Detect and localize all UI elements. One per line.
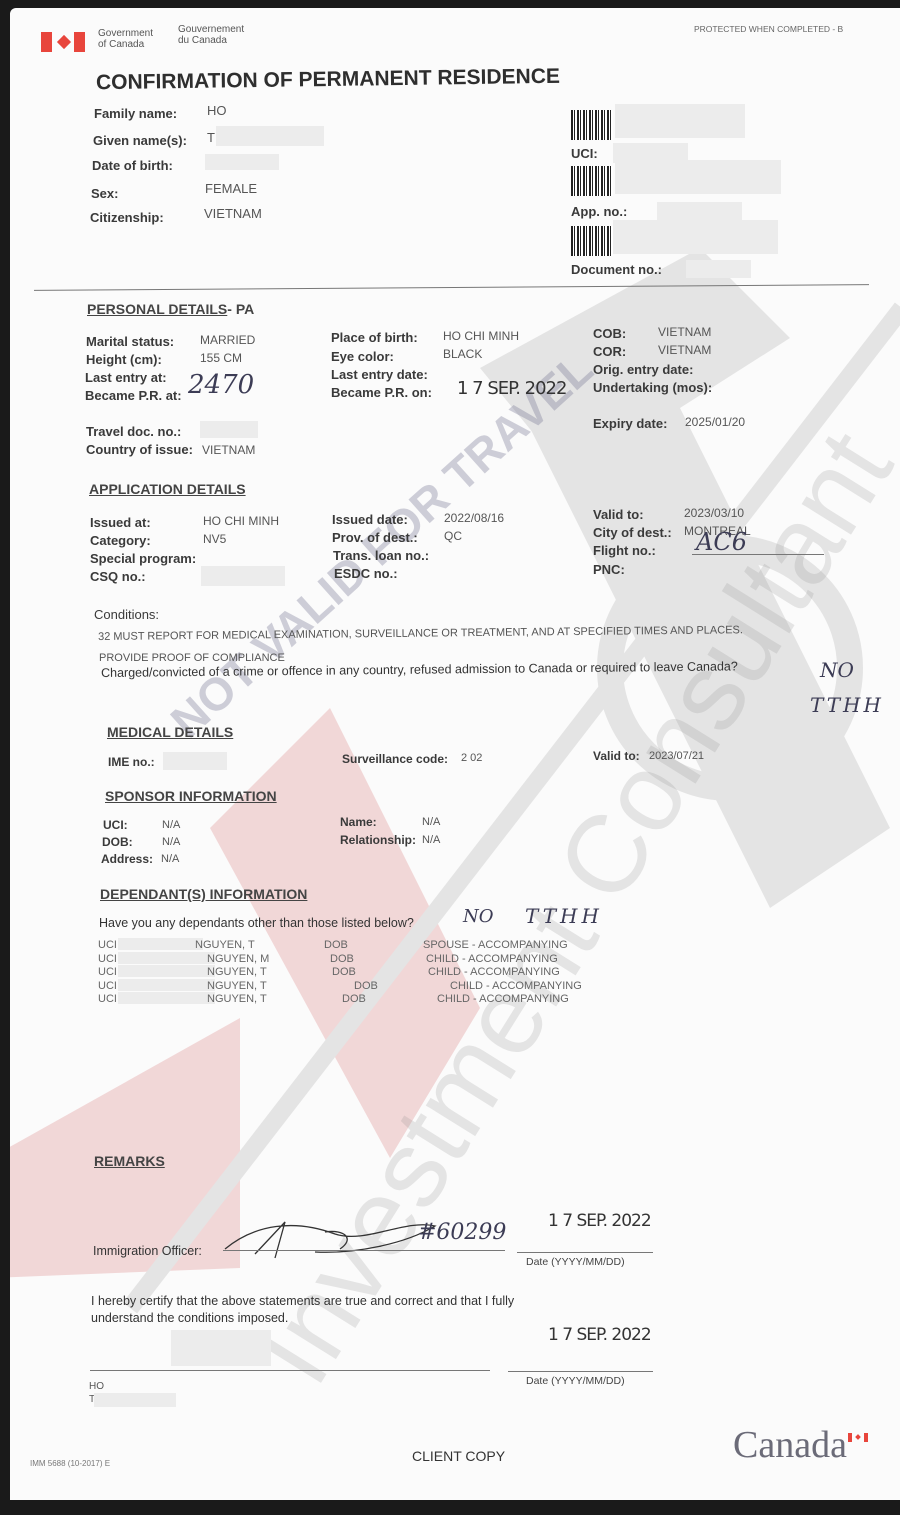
gov-en: Governmentof Canada [98,28,153,50]
height-label: Height (cm): [86,352,162,367]
sex-value: FEMALE [205,181,257,196]
header-divider [34,284,869,291]
eye-color-value: BLACK [443,347,482,361]
sponsor-name-label: Name: [340,815,377,829]
dependant-relation: SPOUSE - ACCOMPANYING [423,939,568,951]
app-no-barcode [571,166,613,196]
medical-valid-to-label: Valid to: [593,749,640,763]
dependant-name: NGUYEN, T [195,939,255,951]
sex-label: Sex: [91,186,118,201]
canada-wordmark: Canada [733,1423,847,1467]
orig-entry-date-label: Orig. entry date: [593,362,693,377]
redacted-travel-doc [200,421,258,438]
redacted-doc-barcode [613,220,778,254]
dependant-relation: CHILD - ACCOMPANYING [437,993,569,1005]
uci-label: UCI: [571,146,598,161]
dependant-dob-label: DOB [324,939,348,951]
redacted-dob [205,154,279,170]
undertaking-label: Undertaking (mos): [593,380,712,395]
redacted-ime-no [163,752,227,770]
document-no-barcode [571,226,613,256]
redacted-csq-no [201,566,285,586]
flight-no-label: Flight no.: [593,543,656,558]
city-dest-label: City of dest.: [593,525,672,540]
sponsor-dob-value: N/A [162,836,180,848]
cob-label: COB: [593,326,626,341]
given-names-label: Given name(s): [93,133,187,148]
became-pr-on-label: Became P.R. on: [331,385,432,400]
officer-date-caption: Date (YYYY/MM/DD) [526,1256,625,1268]
charged-answer-handwritten: NO [820,658,854,682]
dependant-uci-label: UCI: [98,966,120,978]
holder-date-caption: Date (YYYY/MM/DD) [526,1375,625,1387]
dependant-name: NGUYEN, T [207,993,267,1005]
travel-doc-label: Travel doc. no.: [86,424,181,439]
client-copy-label: CLIENT COPY [412,1448,505,1464]
medical-valid-to-value: 2023/07/21 [649,750,704,762]
redacted-app-no [657,202,742,222]
cor-label: COR: [593,344,626,359]
surveillance-code-label: Surveillance code: [342,752,448,766]
place-of-birth-value: HO CHI MINH [443,329,519,343]
dependant-uci-label: UCI: [98,939,120,951]
citizenship-value: VIETNAM [204,206,262,221]
document-no-label: Document no.: [571,262,662,277]
dob-label: Date of birth: [92,158,173,173]
citizenship-label: Citizenship: [90,210,164,225]
form-number: IMM 5688 (10-2017) E [30,1459,110,1468]
certify-line-1: I hereby certify that the above statemen… [91,1294,514,1308]
valid-to-value: 2023/03/10 [684,506,744,520]
certify-line-2: understand the conditions imposed. [91,1311,288,1325]
dependant-relation: CHILD - ACCOMPANYING [426,953,558,965]
dependant-name: NGUYEN, T [207,966,267,978]
officer-signature-line [223,1250,505,1251]
expiry-date-label: Expiry date: [593,416,667,431]
became-pr-at-label: Became P.R. at: [85,388,182,403]
last-entry-date-label: Last entry date: [331,367,428,382]
officer-date-line [517,1252,653,1253]
dependant-name: NGUYEN, M [207,953,269,965]
redacted-holder-given [94,1393,176,1407]
trans-loan-label: Trans. loan no.: [333,548,429,563]
dependant-uci-label: UCI: [98,993,120,1005]
marital-status-value: MARRIED [200,333,255,347]
condition-32: 32 MUST REPORT FOR MEDICAL EXAMINATION, … [98,624,743,643]
pr-confirmation-document: NOT VALID FOR TRAVEL Investment Consulta… [10,8,900,1500]
redacted-uci-barcode [615,104,745,138]
redacted-dependant-uci [118,965,215,977]
condition-32-proof: PROVIDE PROOF OF COMPLIANCE [99,652,285,664]
csq-no-label: CSQ no.: [90,569,146,584]
country-of-issue-value: VIETNAM [202,443,255,457]
cob-value: VIETNAM [658,325,711,339]
expiry-date-value: 2025/01/20 [685,415,745,429]
redacted-given-names [216,126,324,146]
immigration-officer-label: Immigration Officer: [93,1244,202,1258]
holder-date-line [508,1371,653,1372]
issued-at-label: Issued at: [90,515,151,530]
dependant-dob-label: DOB [330,953,354,965]
dependants-initials-handwritten: TTHH [525,904,603,928]
sponsor-relationship-label: Relationship: [340,833,416,847]
redacted-dependant-uci [118,979,215,991]
dependant-relation: CHILD - ACCOMPANYING [428,966,560,978]
became-pr-at-handwritten: 2470 [188,370,254,400]
flight-no-handwritten: AC6 [696,528,747,556]
wordmark-flag-icon [848,1433,868,1442]
surveillance-code-value: 2 02 [461,752,482,764]
height-value: 155 CM [200,351,242,365]
dependant-dob-label: DOB [342,993,366,1005]
place-of-birth-label: Place of birth: [331,330,418,345]
dependant-relation: CHILD - ACCOMPANYING [450,980,582,992]
given-names-value: T [207,130,215,145]
special-program-label: Special program: [90,551,196,566]
protected-label: PROTECTED WHEN COMPLETED - B [694,24,843,34]
issued-at-value: HO CHI MINH [203,514,279,528]
family-name-value: HO [207,103,227,118]
category-value: NV5 [203,532,226,546]
dependant-uci-label: UCI: [98,953,120,965]
valid-to-label: Valid to: [593,507,644,522]
medical-details-heading: MEDICAL DETAILS [107,724,233,740]
sponsor-information-heading: SPONSOR INFORMATION [105,788,277,804]
conditions-label: Conditions: [94,607,159,622]
canada-flag-icon [41,32,85,52]
prov-dest-label: Prov. of dest.: [332,530,418,545]
flight-no-underline [692,554,824,555]
sponsor-address-label: Address: [101,852,153,866]
holder-family-name: HO [89,1381,104,1392]
charged-initials-handwritten: TTHH [810,693,884,717]
redacted-dependant-uci [118,992,215,1004]
dependants-question: Have you any dependants other than those… [99,916,414,930]
sponsor-uci-value: N/A [162,819,180,831]
redacted-dependant-uci [118,952,215,964]
redacted-app-barcode [615,160,781,194]
gov-fr: Gouvernementdu Canada [178,24,244,46]
became-pr-on-stamp: 1 7 SEP. 2022 [457,378,566,399]
issued-date-value: 2022/08/16 [444,511,504,525]
sponsor-uci-label: UCI: [103,818,128,832]
application-details-heading: APPLICATION DETAILS [89,481,246,497]
uci-barcode [571,110,613,140]
sponsor-dob-label: DOB: [102,835,133,849]
category-label: Category: [90,533,151,548]
officer-number-handwritten: #60299 [418,1220,506,1245]
officer-date-stamp: 1 7 SEP. 2022 [548,1211,651,1231]
sponsor-address-value: N/A [161,853,179,865]
sponsor-name-value: N/A [422,816,440,828]
redacted-document-no [686,260,751,278]
marital-status-label: Marital status: [86,334,174,349]
redacted-holder-signature [171,1330,271,1366]
dependant-dob-label: DOB [332,966,356,978]
holder-signature-line [90,1370,490,1371]
dependant-dob-label: DOB [354,980,378,992]
prov-dest-value: QC [444,529,462,543]
eye-color-label: Eye color: [331,349,394,364]
issued-date-label: Issued date: [332,512,408,527]
sponsor-relationship-value: N/A [422,834,440,846]
last-entry-at-label: Last entry at: [85,370,167,385]
dependant-uci-label: UCI: [98,980,120,992]
ime-no-label: IME no.: [108,755,155,769]
holder-date-stamp: 1 7 SEP. 2022 [548,1325,651,1345]
app-no-label: App. no.: [571,204,627,219]
pnc-label: PNC: [593,562,625,577]
personal-details-heading: PERSONAL DETAILS - PA [87,301,254,317]
cor-value: VIETNAM [658,343,711,357]
family-name-label: Family name: [94,106,177,121]
dependants-heading: DEPENDANT(S) INFORMATION [100,886,307,902]
document-title: CONFIRMATION OF PERMANENT RESIDENCE [96,65,560,95]
dependant-name: NGUYEN, T [207,980,267,992]
remarks-heading: REMARKS [94,1153,165,1169]
country-of-issue-label: Country of issue: [86,442,193,457]
redacted-dependant-uci [118,938,203,950]
dependants-answer-handwritten: NO [463,906,494,927]
esdc-no-label: ESDC no.: [334,566,398,581]
